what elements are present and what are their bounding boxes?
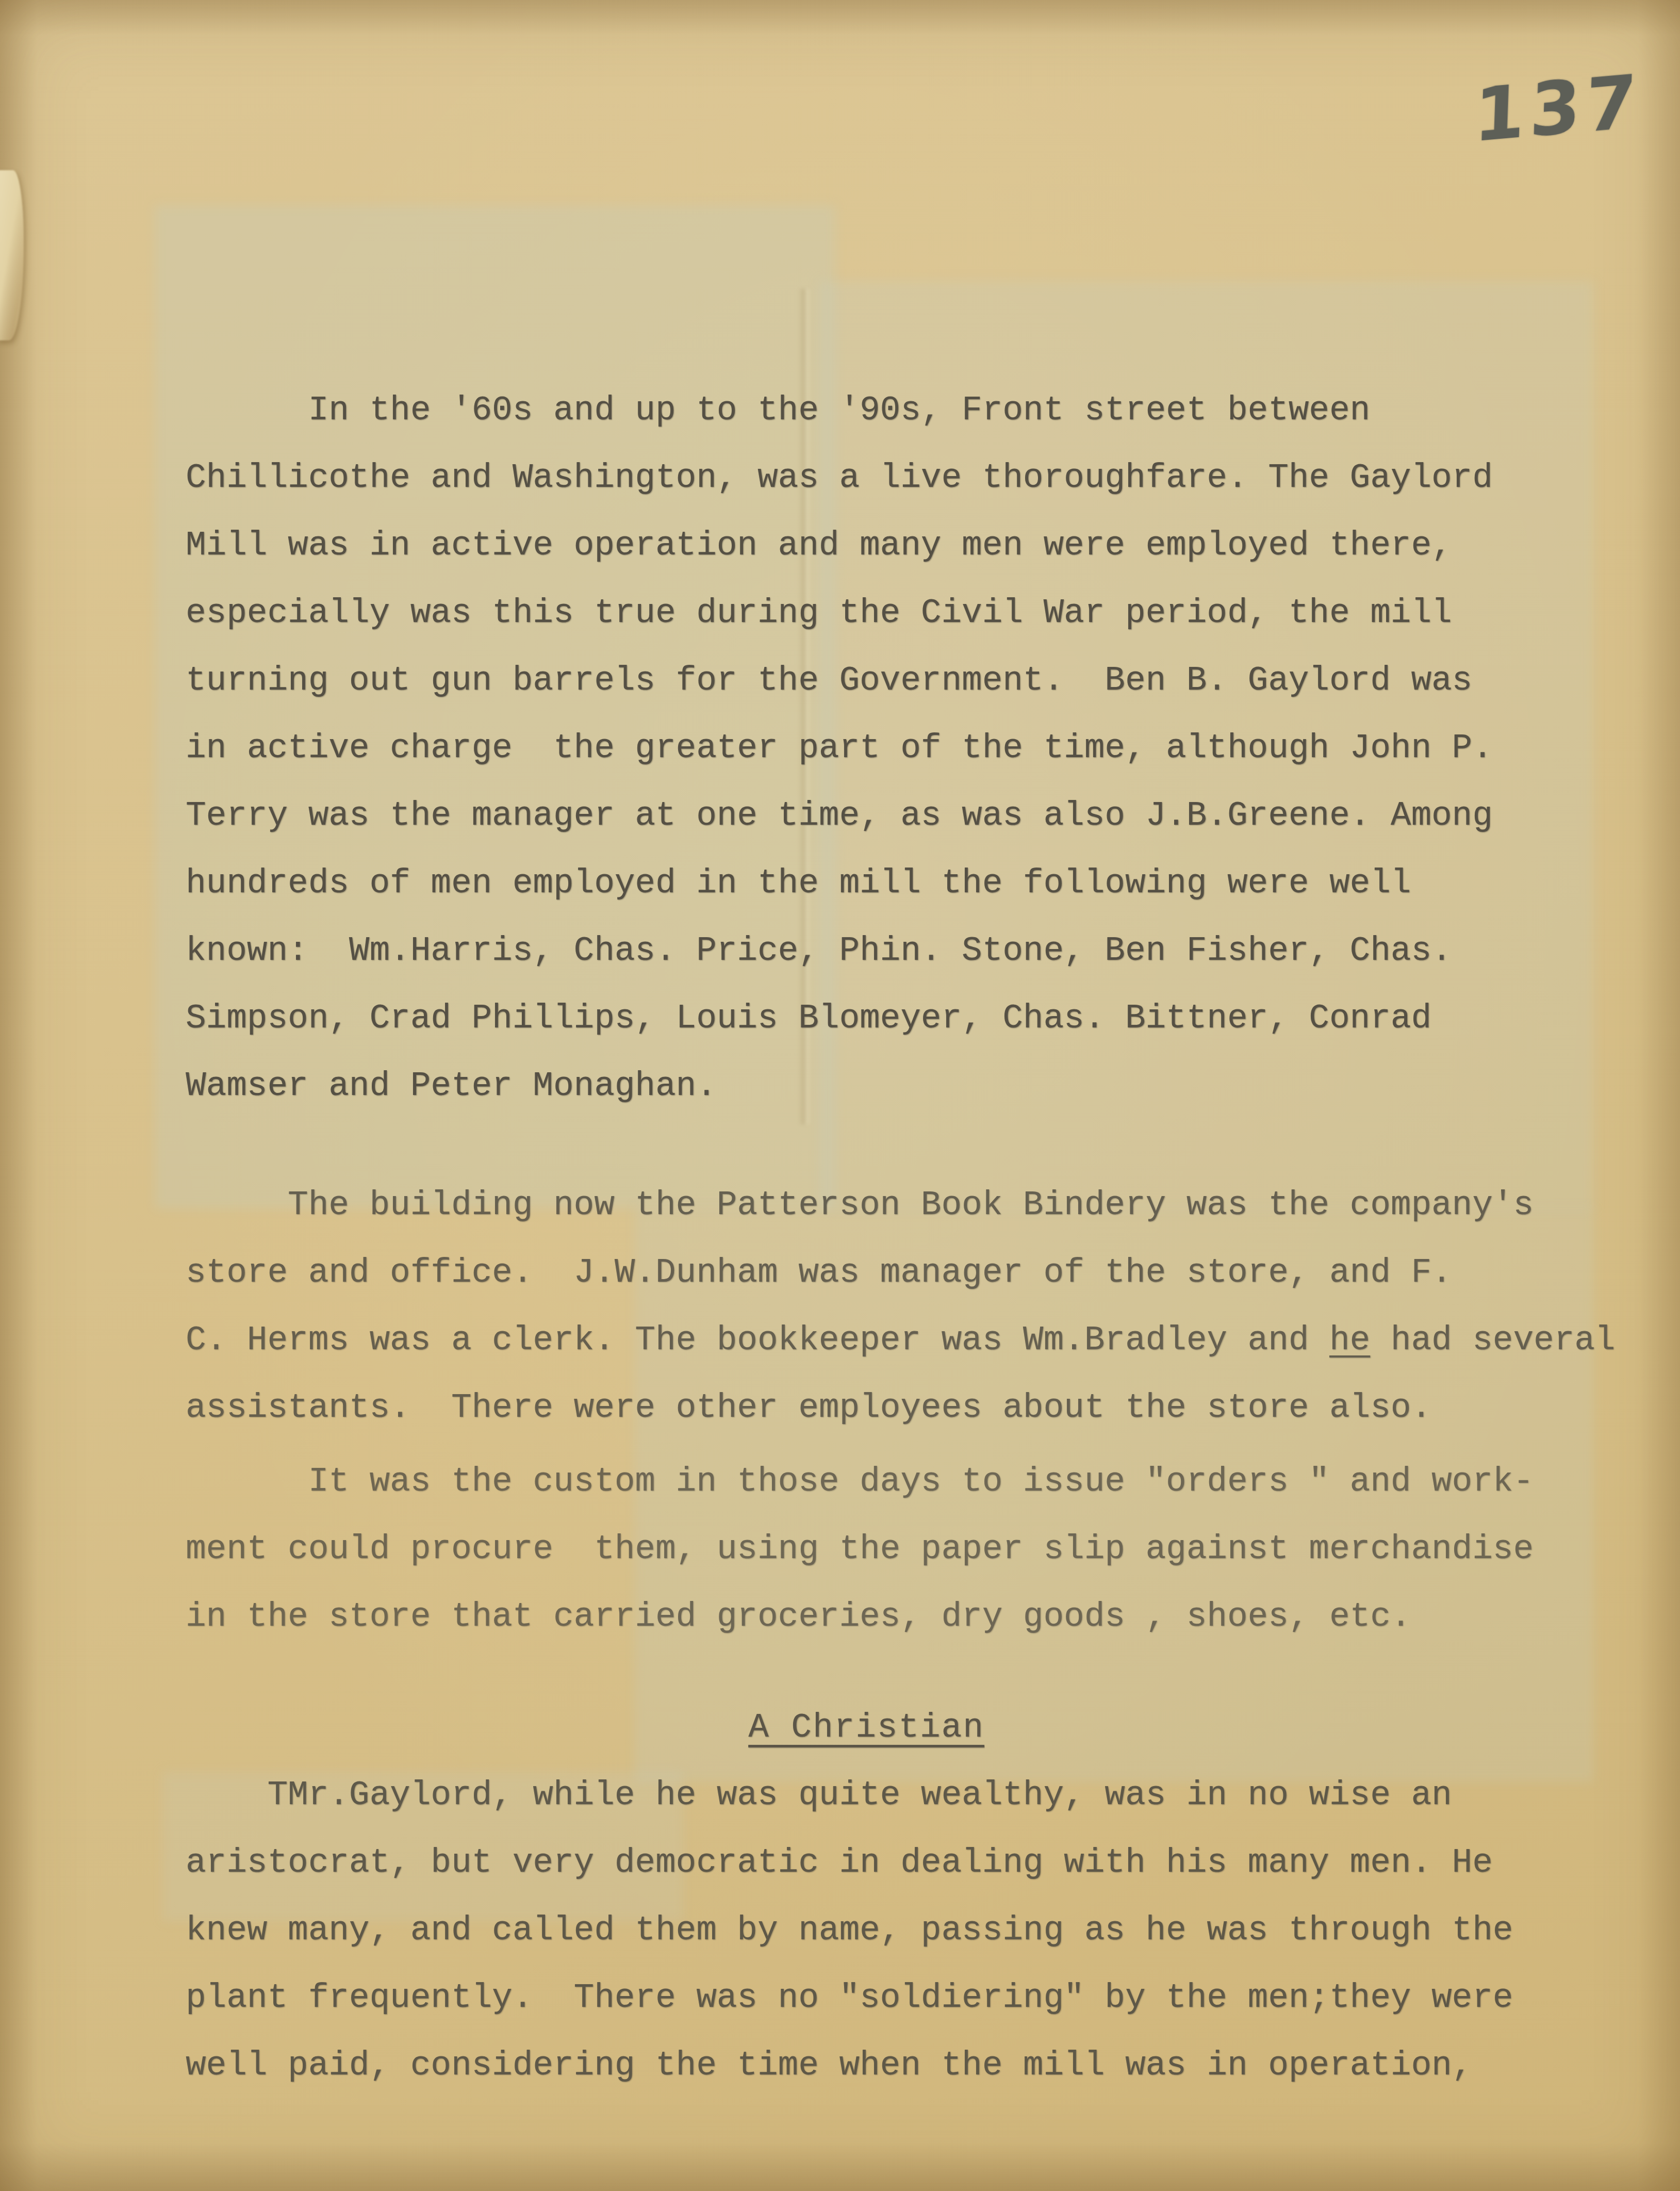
text-line: Mill was in active operation and many me… [186, 512, 1547, 579]
text-line: assistants. There were other employees a… [186, 1374, 1547, 1442]
text-line: Terry was the manager at one time, as wa… [186, 782, 1547, 849]
text-line: hundreds of men employed in the mill the… [186, 849, 1547, 917]
text-line: known: Wm.Harris, Chas. Price, Phin. Sto… [186, 917, 1547, 985]
text-line: C. Herms was a clerk. The bookkeeper was… [186, 1306, 1547, 1374]
paragraph-4: TMr.Gaylord, while he was quite wealthy,… [186, 1761, 1547, 2099]
text-line: ment could procure them, using the paper… [186, 1515, 1547, 1583]
text-line: The building now the Patterson Book Bind… [186, 1171, 1547, 1239]
paragraph-2: The building now the Patterson Book Bind… [186, 1171, 1547, 1442]
paragraph-1: In the '60s and up to the '90s, Front st… [186, 377, 1547, 1120]
text-line: Chillicothe and Washington, was a live t… [186, 444, 1547, 512]
text-line: knew many, and called them by name, pass… [186, 1896, 1547, 1964]
text-line: In the '60s and up to the '90s, Front st… [186, 377, 1547, 444]
text-line: TMr.Gaylord, while he was quite wealthy,… [186, 1761, 1547, 1829]
paper-tear [0, 170, 24, 340]
text-line: store and office. J.W.Dunham was manager… [186, 1239, 1547, 1306]
text-line: turning out gun barrels for the Governme… [186, 647, 1547, 714]
text-line: well paid, considering the time when the… [186, 2032, 1547, 2099]
text-line: Simpson, Crad Phillips, Louis Blomeyer, … [186, 985, 1547, 1052]
text-line: Wamser and Peter Monaghan. [186, 1052, 1547, 1120]
text-line: plant frequently. There was no "soldieri… [186, 1964, 1547, 2032]
paragraph-3: It was the custom in those days to issue… [186, 1448, 1547, 1650]
section-heading: A Christian [186, 1694, 1547, 1761]
page-number: 137 [1473, 58, 1643, 159]
text-line: in the store that carried groceries, dry… [186, 1583, 1547, 1650]
manuscript-page: 137 In the '60s and up to the '90s, Fron… [0, 0, 1680, 2191]
typewritten-text: In the '60s and up to the '90s, Front st… [186, 377, 1547, 2099]
text-line: especially was this true during the Civi… [186, 579, 1547, 647]
text-line: in active charge the greater part of the… [186, 714, 1547, 782]
text-line: It was the custom in those days to issue… [186, 1448, 1547, 1515]
text-line: aristocrat, but very democratic in deali… [186, 1829, 1547, 1896]
